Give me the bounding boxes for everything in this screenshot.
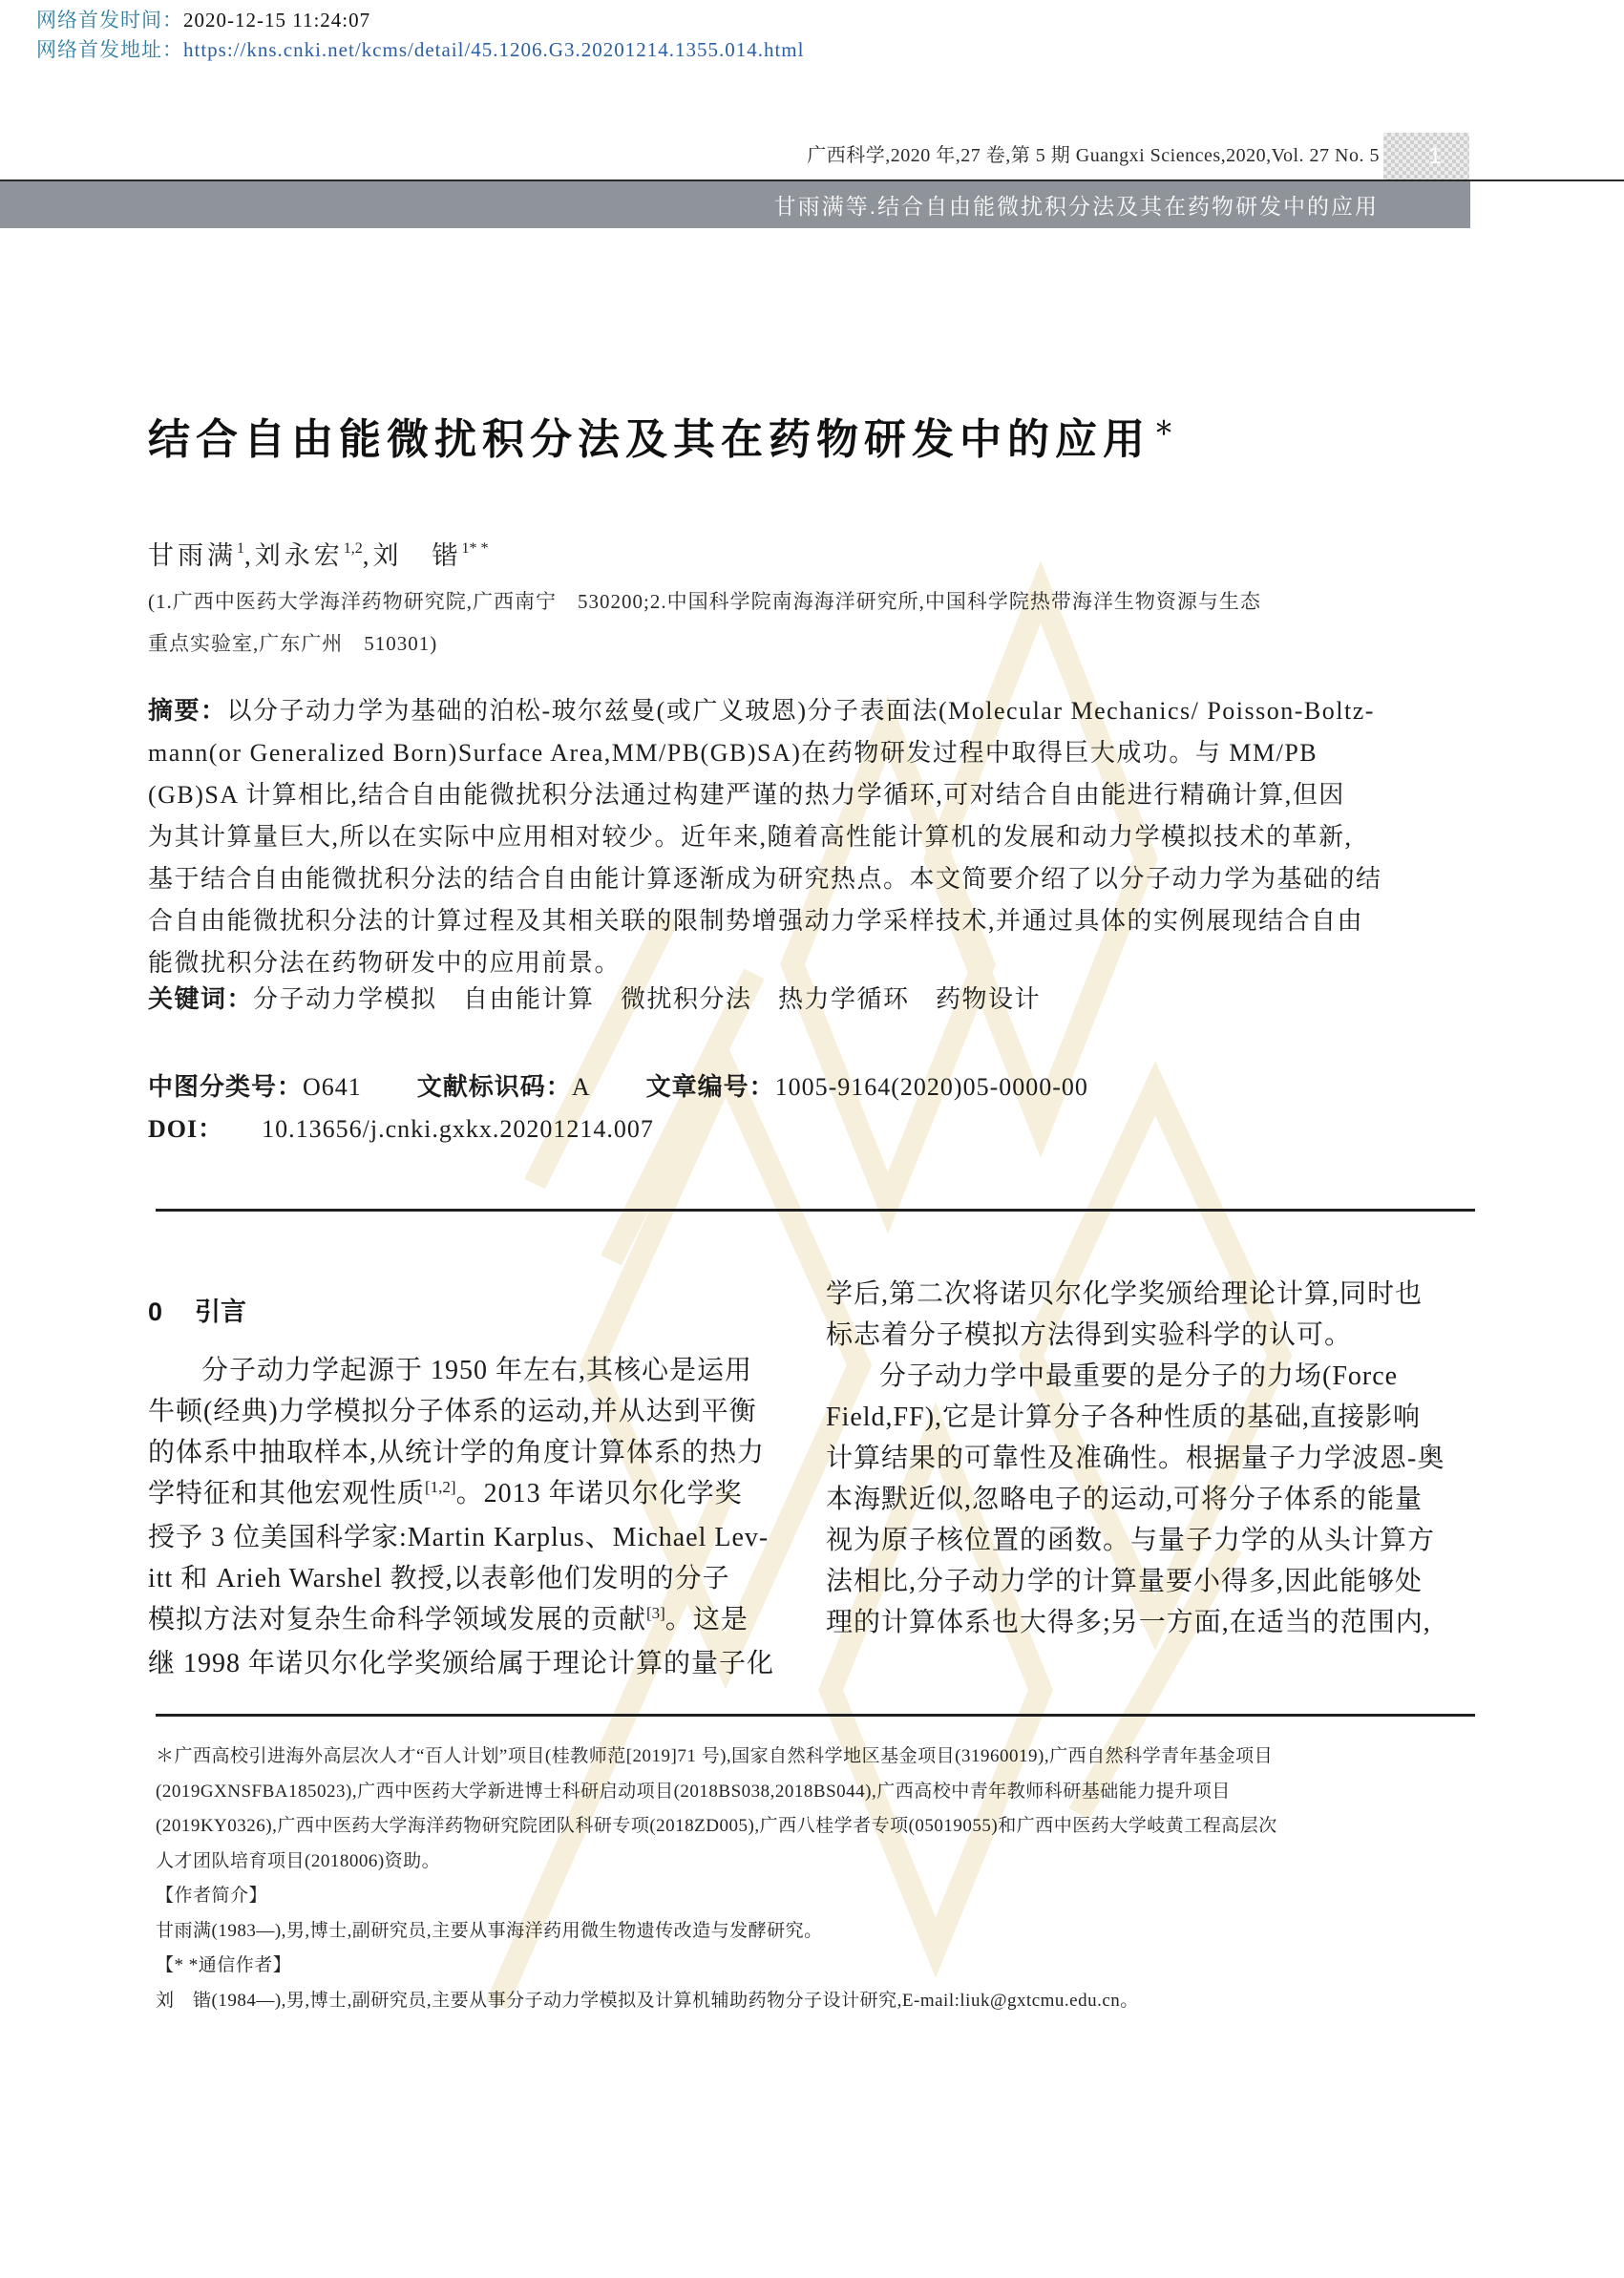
footnote-line: ＊广西高校引进海外高层次人才“百人计划”项目(桂教师范[2019]71 号),国… (156, 1740, 1492, 1775)
journal-header-line: 广西科学,2020 年,27 卷,第 5 期 Guangxi Sciences,… (807, 139, 1380, 167)
publish-url-row: 网络首发地址：https://kns.cnki.net/kcms/detail/… (36, 35, 804, 65)
abstract-line-text: 以分子动力学为基础的泊松-玻尔兹曼(或广义玻恩)分子表面法(Molecular … (227, 697, 1375, 725)
footnote-rule (156, 1714, 1475, 1717)
body-column-right: 学后,第二次将诺贝尔化学奖颁给理论计算,同时也 标志着分子模拟方法得到实验科学的… (826, 1274, 1488, 1643)
body-line: Field,FF),它是计算分子各种性质的基础,直接影响 (826, 1397, 1488, 1438)
footnote-line: 甘雨满(1983—),男,博士,副研究员,主要从事海洋药用微生物遗传改造与发酵研… (156, 1914, 1492, 1950)
title-footnote-mark: ＊ (1154, 418, 1173, 439)
citation-ref: [3] (646, 1604, 665, 1622)
doi-value: 10.13656/j.cnki.gxkx.20201214.007 (262, 1115, 654, 1143)
abstract-block: 摘要：以分子动力学为基础的泊松-玻尔兹曼(或广义玻恩)分子表面法(Molecul… (148, 689, 1477, 984)
section-number: 0 (148, 1297, 162, 1326)
keywords-terms: 分子动力学模拟 自由能计算 微扰积分法 热力学循环 药物设计 (253, 985, 1041, 1013)
abstract-line: 为其计算量巨大,所以在实际中应用相对较少。近年来,随着高性能计算机的发展和动力学… (148, 816, 1477, 858)
author-name-1: 甘雨满 (148, 541, 237, 570)
footnote-line: (2019GXNSFBA185023),广西中医药大学新进博士科研启动项目(20… (156, 1775, 1492, 1810)
body-line-text: 模拟方法对复杂生命科学领域发展的贡献 (148, 1605, 646, 1635)
body-line: 视为原子核位置的函数。与量子力学的从头计算方 (826, 1520, 1488, 1561)
author-separator-2: , (363, 541, 373, 570)
body-column-left: 分子动力学起源于 1950 年左右,其核心是运用 牛顿(经典)力学模拟分子体系的… (148, 1350, 811, 1684)
author-superscript-3: 1* * (462, 540, 489, 557)
publish-time-label: 网络首发时间： (36, 9, 183, 32)
body-line: 本海默近似,忽略电子的运动,可将分子体系的能量 (826, 1479, 1488, 1520)
article-title: 结合自由能微扰积分法及其在药物研发中的应用＊ (148, 405, 1173, 466)
abstract-line: mann(or Generalized Born)Surface Area,MM… (148, 732, 1477, 774)
footnote-line: 【作者简介】 (156, 1879, 1492, 1914)
author-name-3: 刘 锴 (373, 541, 462, 570)
citation-ref: [1,2] (425, 1478, 456, 1496)
body-line: 授予 3 位美国科学家:Martin Karplus、Michael Lev- (148, 1517, 811, 1558)
page-number-box: 1 (1383, 133, 1469, 179)
section-title: 引言 (195, 1297, 246, 1326)
running-title-bar: 甘雨满等.结合自由能微扰积分法及其在药物研发中的应用 (0, 181, 1470, 228)
section-heading: 0引言 (148, 1291, 246, 1328)
article-no-value: 1005-9164(2020)05-0000-00 (775, 1073, 1088, 1101)
abstract-line: (GB)SA 计算相比,结合自由能微扰积分法通过构建严谨的热力学循环,可对结合自… (148, 774, 1477, 816)
abstract-line: 合自由能微扰积分法的计算过程及其相关联的限制势增强动力学采样技术,并通过具体的实… (148, 900, 1477, 942)
network-first-publish-meta: 网络首发时间：2020-12-15 11:24:07 网络首发地址：https:… (36, 6, 804, 65)
paper-page: 网络首发时间：2020-12-15 11:24:07 网络首发地址：https:… (0, 0, 1624, 2278)
abstract-line: 摘要：以分子动力学为基础的泊松-玻尔兹曼(或广义玻恩)分子表面法(Molecul… (148, 689, 1477, 732)
footnote-line: 【* *通信作者】 (156, 1949, 1492, 1984)
body-line: 的体系中抽取样本,从统计学的角度计算体系的热力 (148, 1432, 811, 1473)
body-line: 牛顿(经典)力学模拟分子体系的运动,并从达到平衡 (148, 1391, 811, 1432)
body-line: 继 1998 年诺贝尔化学奖颁给属于理论计算的量子化 (148, 1643, 811, 1684)
author-superscript-1: 1 (237, 540, 244, 557)
footnote-line: 刘 锴(1984—),男,博士,副研究员,主要从事分子动力学模拟及计算机辅助药物… (156, 1984, 1492, 2019)
body-line-text: 。这是 (665, 1605, 749, 1635)
clc-value: O641 (303, 1073, 362, 1101)
doi-line: DOI：10.13656/j.cnki.gxkx.20201214.007 (148, 1109, 654, 1145)
footnote-line: 人才团队培育项目(2018006)资助。 (156, 1845, 1492, 1880)
article-title-text: 结合自由能微扰积分法及其在药物研发中的应用 (148, 416, 1150, 463)
affiliation-line: (1.广西中医药大学海洋药物研究院,广西南宁 530200;2.中国科学院南海海… (148, 580, 1261, 622)
article-no-label: 文章编号： (646, 1072, 775, 1101)
body-line: 分子动力学起源于 1950 年左右,其核心是运用 (148, 1350, 811, 1391)
author-separator-1: , (244, 541, 255, 570)
author-line: 甘雨满1,刘永宏1,2,刘 锴1* * (148, 535, 489, 572)
body-line: 计算结果的可靠性及准确性。根据量子力学波恩-奥 (826, 1438, 1488, 1479)
abstract-label: 摘要： (148, 696, 227, 725)
publish-url-link[interactable]: https://kns.cnki.net/kcms/detail/45.1206… (183, 38, 804, 61)
body-line: 模拟方法对复杂生命科学领域发展的贡献[3]。这是 (148, 1599, 811, 1643)
body-line: 分子动力学中最重要的是分子的力场(Force (826, 1356, 1488, 1397)
affiliation-line: 重点实验室,广东广州 510301) (148, 622, 1261, 664)
publish-time-value: 2020-12-15 11:24:07 (183, 9, 370, 32)
doi-label: DOI： (148, 1115, 223, 1143)
body-line: 学后,第二次将诺贝尔化学奖颁给理论计算,同时也 (826, 1274, 1488, 1315)
body-line: 标志着分子模拟方法得到实验科学的认可。 (826, 1315, 1488, 1356)
body-line: 学特征和其他宏观性质[1,2]。2013 年诺贝尔化学奖 (148, 1473, 811, 1517)
keywords-label: 关键词： (148, 984, 253, 1013)
doc-code-label: 文献标识码： (417, 1072, 572, 1101)
clc-label: 中图分类号： (148, 1072, 303, 1101)
keywords-line: 关键词：分子动力学模拟 自由能计算 微扰积分法 热力学循环 药物设计 (148, 978, 1477, 1021)
body-divider-rule (156, 1209, 1475, 1212)
author-superscript-2: 1,2 (344, 540, 363, 557)
footnote-line: (2019KY0326),广西中医药大学海洋药物研究院团队科研专项(2018ZD… (156, 1809, 1492, 1845)
abstract-line: 基于结合自由能微扰积分法的结合自由能计算逐渐成为研究热点。本文简要介绍了以分子动… (148, 858, 1477, 900)
footnote-block: ＊广西高校引进海外高层次人才“百人计划”项目(桂教师范[2019]71 号),国… (156, 1740, 1492, 2018)
running-title: 甘雨满等.结合自由能微扰积分法及其在药物研发中的应用 (774, 189, 1379, 221)
publish-url-label: 网络首发地址： (36, 38, 183, 61)
body-line: 理的计算体系也大得多;另一方面,在适当的范围内, (826, 1602, 1488, 1643)
body-line-text: 。2013 年诺贝尔化学奖 (456, 1479, 743, 1508)
affiliation-block: (1.广西中医药大学海洋药物研究院,广西南宁 530200;2.中国科学院南海海… (148, 580, 1261, 664)
classification-line: 中图分类号：O641文献标识码：A文章编号：1005-9164(2020)05-… (148, 1067, 1088, 1103)
author-name-2: 刘永宏 (255, 541, 344, 570)
page-number: 1 (1428, 143, 1441, 170)
body-line: itt 和 Arieh Warshel 教授,以表彰他们发明的分子 (148, 1558, 811, 1599)
body-line: 法相比,分子动力学的计算量要小得多,因此能够处 (826, 1561, 1488, 1602)
body-line-text: 学特征和其他宏观性质 (148, 1479, 425, 1508)
publish-time-row: 网络首发时间：2020-12-15 11:24:07 (36, 6, 804, 35)
doc-code-value: A (572, 1073, 591, 1101)
